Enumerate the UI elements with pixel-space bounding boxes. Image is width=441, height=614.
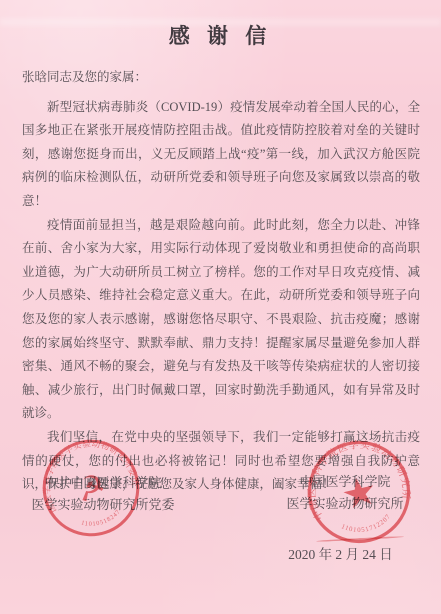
letter-title: 感 谢 信 [0,20,441,50]
hammer-sickle-icon: ☭ [72,466,111,509]
paragraph-2: 疫情面前显担当，越是艰险越向前。此时此刻，您全力以赴、冲锋在前、舍小家为大家，用… [22,214,420,426]
star-icon: ★ [337,468,381,519]
letter-body: 张晗同志及您的家属： 新型冠状病毒肺炎（COVID-19）疫情发展牵动着全国人民… [22,66,420,497]
paragraph-1: 新型冠状病毒肺炎（COVID-19）疫情发展牵动着全国人民的心，全国多地正在紧张… [22,96,420,214]
letter-paper: 感 谢 信 张晗同志及您的家属： 新型冠状病毒肺炎（COVID-19）疫情发展牵… [0,0,441,614]
svg-text:11010518247: 11010518247 [79,507,125,533]
salutation: 张晗同志及您的家属： [22,66,420,90]
seal-serial-number: 11010518247 [79,507,125,533]
